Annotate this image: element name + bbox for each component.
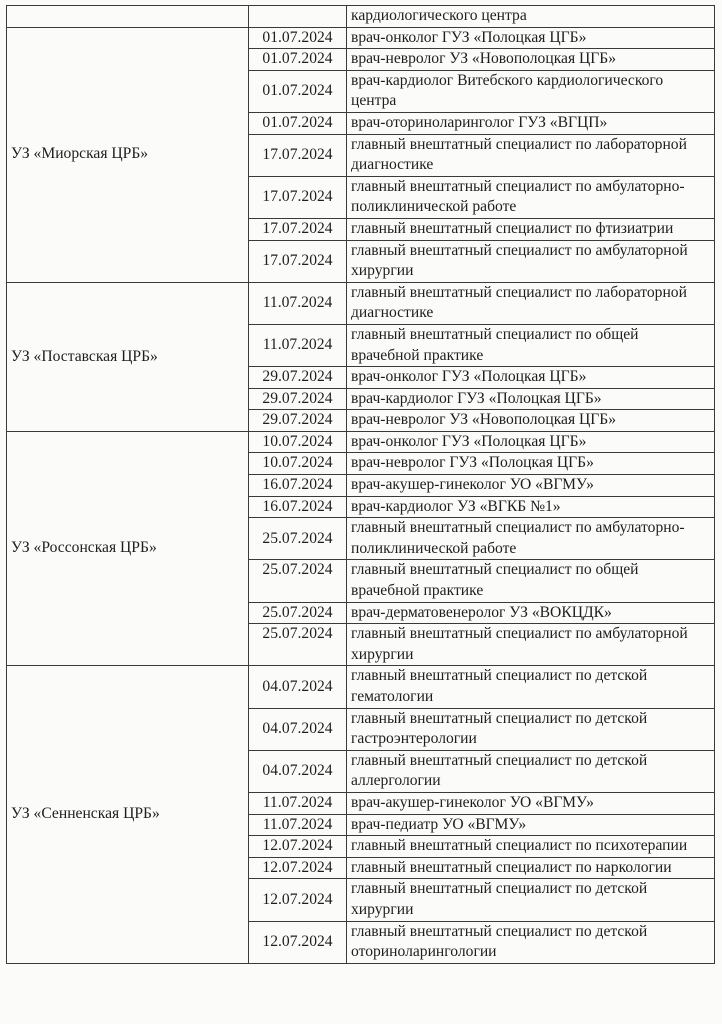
specialist-cell: главный внештатный специалист по детской…	[347, 879, 715, 921]
date-cell: 10.07.2024	[249, 431, 347, 453]
date-cell: 17.07.2024	[249, 218, 347, 240]
date-cell: 16.07.2024	[249, 475, 347, 497]
date-cell: 25.07.2024	[249, 518, 347, 560]
specialist-cell: врач-дерматовенеролог УЗ «ВОКЦДК»	[347, 602, 715, 624]
specialist-cell: главный внештатный специалист по общей в…	[347, 560, 715, 602]
specialist-cell: врач-онколог ГУЗ «Полоцкая ЦГБ»	[347, 431, 715, 453]
table-row: УЗ «Россонская ЦРБ»10.07.2024врач-онколо…	[7, 431, 715, 453]
date-cell: 12.07.2024	[249, 836, 347, 858]
organization-cell: УЗ «Поставская ЦРБ»	[7, 282, 249, 431]
date-cell: 29.07.2024	[249, 388, 347, 410]
date-cell: 17.07.2024	[249, 134, 347, 176]
table-row-continuation: кардиологического центра	[7, 6, 715, 28]
date-cell	[249, 6, 347, 28]
specialist-cell: главный внештатный специалист по амбулат…	[347, 624, 715, 666]
date-cell: 11.07.2024	[249, 324, 347, 366]
organization-cell	[7, 6, 249, 28]
specialist-cell: врач-кардиолог Витебского кардиологическ…	[347, 70, 715, 112]
table-row: УЗ «Сенненская ЦРБ»04.07.2024главный вне…	[7, 666, 715, 708]
date-cell: 29.07.2024	[249, 410, 347, 432]
specialist-cell: главный внештатный специалист по детской…	[347, 666, 715, 708]
specialist-cell: врач-педиатр УО «ВГМУ»	[347, 814, 715, 836]
date-cell: 16.07.2024	[249, 496, 347, 518]
specialist-cell: врач-невролог УЗ «Новополоцкая ЦГБ»	[347, 49, 715, 71]
date-cell: 12.07.2024	[249, 857, 347, 879]
date-cell: 17.07.2024	[249, 240, 347, 282]
date-cell: 17.07.2024	[249, 176, 347, 218]
specialist-cell: главный внештатный специалист по психоте…	[347, 836, 715, 858]
date-cell: 04.07.2024	[249, 666, 347, 708]
date-cell: 11.07.2024	[249, 814, 347, 836]
date-cell: 10.07.2024	[249, 453, 347, 475]
date-cell: 01.07.2024	[249, 27, 347, 49]
date-cell: 25.07.2024	[249, 624, 347, 666]
specialist-cell: врач-невролог ГУЗ «Полоцкая ЦГБ»	[347, 453, 715, 475]
specialist-cell: главный внештатный специалист по общей в…	[347, 324, 715, 366]
document-page: кардиологического центра УЗ «Миорская ЦР…	[0, 0, 722, 1024]
date-cell: 12.07.2024	[249, 921, 347, 963]
specialist-cell: главный внештатный специалист по лаборат…	[347, 134, 715, 176]
specialist-cell: главный внештатный специалист по амбулат…	[347, 518, 715, 560]
date-cell: 01.07.2024	[249, 70, 347, 112]
table-row: УЗ «Поставская ЦРБ»11.07.2024главный вне…	[7, 282, 715, 324]
date-cell: 04.07.2024	[249, 750, 347, 792]
specialist-cell: главный внештатный специалист по фтизиат…	[347, 218, 715, 240]
specialist-cell: главный внештатный специалист по нарколо…	[347, 857, 715, 879]
specialist-cell: главный внештатный специалист по лаборат…	[347, 282, 715, 324]
date-cell: 25.07.2024	[249, 602, 347, 624]
specialist-cell: кардиологического центра	[347, 6, 715, 28]
specialist-cell: врач-онколог ГУЗ «Полоцкая ЦГБ»	[347, 367, 715, 389]
date-cell: 01.07.2024	[249, 112, 347, 134]
specialist-cell: врач-оториноларинголог ГУЗ «ВГЦП»	[347, 112, 715, 134]
date-cell: 11.07.2024	[249, 792, 347, 814]
specialist-cell: врач-невролог УЗ «Новополоцкая ЦГБ»	[347, 410, 715, 432]
date-cell: 11.07.2024	[249, 282, 347, 324]
date-cell: 12.07.2024	[249, 879, 347, 921]
specialist-cell: врач-акушер-гинеколог УО «ВГМУ»	[347, 475, 715, 497]
date-cell: 04.07.2024	[249, 708, 347, 750]
specialist-cell: врач-онколог ГУЗ «Полоцкая ЦГБ»	[347, 27, 715, 49]
specialist-cell: главный внештатный специалист по амбулат…	[347, 176, 715, 218]
organization-cell: УЗ «Миорская ЦРБ»	[7, 27, 249, 282]
table-row: УЗ «Миорская ЦРБ»01.07.2024врач-онколог …	[7, 27, 715, 49]
specialist-cell: врач-кардиолог УЗ «ВГКБ №1»	[347, 496, 715, 518]
date-cell: 01.07.2024	[249, 49, 347, 71]
specialist-cell: врач-кардиолог ГУЗ «Полоцкая ЦГБ»	[347, 388, 715, 410]
organization-cell: УЗ «Россонская ЦРБ»	[7, 431, 249, 666]
specialist-cell: главный внештатный специалист по детской…	[347, 750, 715, 792]
specialist-cell: врач-акушер-гинеколог УО «ВГМУ»	[347, 792, 715, 814]
date-cell: 25.07.2024	[249, 560, 347, 602]
visit-schedule-table: кардиологического центра УЗ «Миорская ЦР…	[6, 5, 715, 964]
specialist-cell: главный внештатный специалист по амбулат…	[347, 240, 715, 282]
organization-cell: УЗ «Сенненская ЦРБ»	[7, 666, 249, 963]
specialist-cell: главный внештатный специалист по детской…	[347, 921, 715, 963]
date-cell: 29.07.2024	[249, 367, 347, 389]
specialist-cell: главный внештатный специалист по детской…	[347, 708, 715, 750]
